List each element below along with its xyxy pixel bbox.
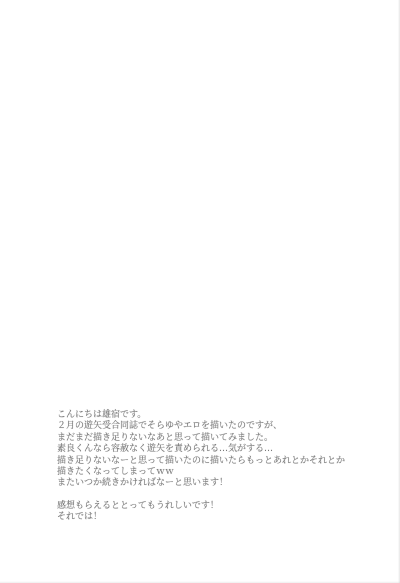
afterword-line: 描きたくなってしまってｗｗ xyxy=(57,467,387,478)
afterword-line: それでは！ xyxy=(57,512,387,523)
scanned-doujinshi-page: こんにちは雄宿です。 ２月の遊矢受合同誌でそらゆやエロを描いたのですが、 まだま… xyxy=(0,0,400,583)
afterword-line: まだまだ描き足りないなあと思って描いてみました。 xyxy=(57,433,387,444)
afterword-text-block: こんにちは雄宿です。 ２月の遊矢受合同誌でそらゆやエロを描いたのですが、 まだま… xyxy=(57,410,387,524)
afterword-line: ２月の遊矢受合同誌でそらゆやエロを描いたのですが、 xyxy=(57,421,387,432)
afterword-line: こんにちは雄宿です。 xyxy=(57,410,387,421)
afterword-line: 素良くんなら容赦なく遊矢を責められる…気がする… xyxy=(57,444,387,455)
afterword-line: 感想もらえるととってもうれしいです！ xyxy=(57,501,387,512)
afterword-line: またいつか続きかければなーと思います！ xyxy=(57,478,387,489)
afterword-line: 描き足りないなーと思って描いたのに描いたらもっとあれとかそれとか xyxy=(57,456,387,467)
